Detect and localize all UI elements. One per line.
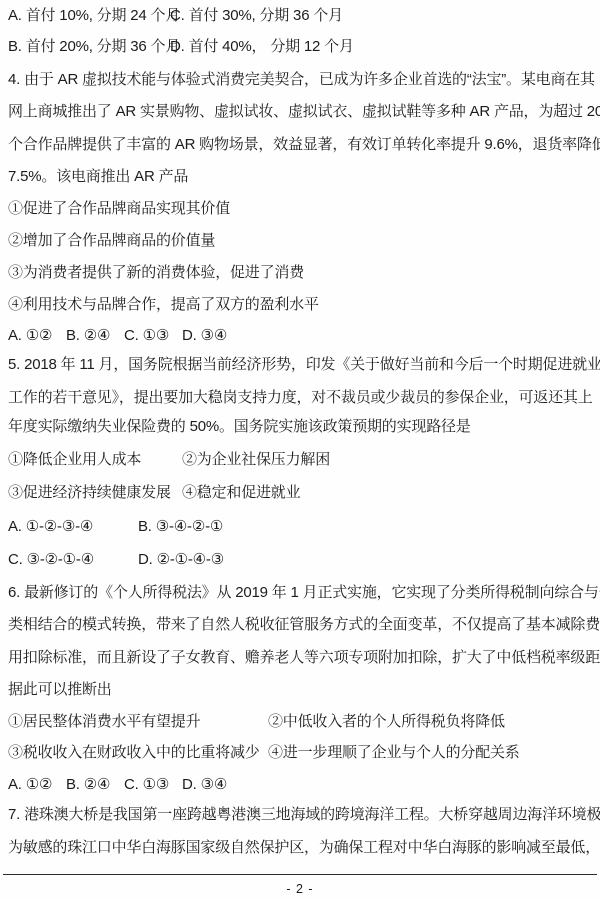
q6-statement-2: ②中低收入者的个人所得税负将降低 (268, 706, 505, 738)
q4-statement-2: ②增加了合作品牌商品的价值量 (8, 225, 598, 257)
q4-stem-line-1: 4. 由于 AR 虚拟技术能与体验式消费完美契合，已成为许多企业首选的“法宝”。… (8, 64, 598, 96)
q5-choice-b: B. ③-④-②-① (138, 511, 223, 543)
q6-statements-row1: ①居民整体消费水平有望提升 ②中低收入者的个人所得税负将降低 (8, 706, 598, 738)
q5-statements-row2: ③促进经济持续健康发展 ④稳定和促进就业 (8, 477, 598, 509)
q5-statements-row1: ①降低企业用人成本 ②为企业社保压力解困 (8, 444, 598, 476)
q4-choice-b: B. ②④ (66, 320, 110, 352)
q3-option-c: C. 首付 30%, 分期 36 个月 (170, 0, 343, 32)
q5-choices-row2: C. ③-②-①-④ D. ②-①-④-③ (8, 544, 598, 576)
q5-stem-line-1: 5. 2018 年 11 月，国务院根据当前经济形势，印发《关于做好当前和今后一… (8, 349, 598, 381)
q4-stem-line-4: 7.5%。该电商推出 AR 产品 (8, 161, 598, 193)
q3-option-a: A. 首付 10%, 分期 24 个月 (8, 0, 180, 32)
q4-choice-c: C. ①③ (124, 320, 169, 352)
q5-choice-a: A. ①-②-③-④ (8, 511, 93, 543)
q6-choice-b: B. ②④ (66, 769, 110, 801)
q6-stem-line-2: 类相结合的模式转换，带来了自然人税收征管服务方式的全面变革，不仅提高了基本减除费 (8, 609, 598, 641)
exam-page: A. 首付 10%, 分期 24 个月 C. 首付 30%, 分期 36 个月 … (0, 0, 600, 900)
q6-choice-a: A. ①② (8, 769, 52, 801)
q5-stem-line-3: 年度实际缴纳失业保险费的 50%。国务院实施该政策预期的实现路径是 (8, 411, 598, 443)
q6-choice-c: C. ①③ (124, 769, 169, 801)
q3-option-b: B. 首付 20%, 分期 36 个月 (8, 31, 180, 63)
q6-stem-line-4: 据此可以推断出 (8, 674, 598, 706)
q3-options-row1: A. 首付 10%, 分期 24 个月 C. 首付 30%, 分期 36 个月 (8, 0, 598, 32)
q4-statement-4: ④利用技术与品牌合作，提高了双方的盈利水平 (8, 289, 598, 321)
q4-stem-line-2: 网上商城推出了 AR 实景购物、虚拟试妆、虚拟试衣、虚拟试鞋等多种 AR 产品，… (8, 96, 598, 128)
q6-statement-1: ①居民整体消费水平有望提升 (8, 706, 200, 738)
q6-stem-line-3: 用扣除标准，而且新设了子女教育、赡养老人等六项专项附加扣除，扩大了中低档税率级距… (8, 642, 598, 674)
q5-stem-line-2: 工作的若干意见》，提出要加大稳岗支持力度，对不裁员或少裁员的参保企业，可返还其上 (8, 382, 598, 414)
q5-statement-3: ③促进经济持续健康发展 (8, 477, 171, 509)
q7-stem-line-1: 7. 港珠澳大桥是我国第一座跨越粤港澳三地海域的跨境海洋工程。大桥穿越周边海洋环… (8, 799, 598, 831)
q4-statement-1: ①促进了合作品牌商品实现其价值 (8, 193, 598, 225)
q4-statement-3: ③为消费者提供了新的消费体验，促进了消费 (8, 257, 598, 289)
q3-options-row2: B. 首付 20%, 分期 36 个月 D. 首付 40%， 分期 12 个月 (8, 31, 598, 63)
q3-option-d: D. 首付 40%， 分期 12 个月 (170, 31, 354, 63)
q6-choice-d: D. ③④ (182, 769, 227, 801)
q6-statement-4: ④进一步理顺了企业与个人的分配关系 (268, 737, 520, 769)
q4-stem-line-3: 个合作品牌提供了丰富的 AR 购物场景，效益显著，有效订单转化率提升 9.6%，… (8, 129, 598, 161)
q5-statement-2: ②为企业社保压力解困 (182, 444, 330, 476)
q4-choices-row: A. ①② B. ②④ C. ①③ D. ③④ (8, 320, 598, 352)
q5-statement-4: ④稳定和促进就业 (182, 477, 300, 509)
footer-divider (3, 874, 597, 875)
q5-choice-c: C. ③-②-①-④ (8, 544, 94, 576)
q5-choice-d: D. ②-①-④-③ (138, 544, 224, 576)
q6-choices-row: A. ①② B. ②④ C. ①③ D. ③④ (8, 769, 598, 801)
q5-statement-1: ①降低企业用人成本 (8, 444, 141, 476)
q4-choice-d: D. ③④ (182, 320, 227, 352)
q6-statement-3: ③税收收入在财政收入中的比重将减少 (8, 737, 260, 769)
q4-choice-a: A. ①② (8, 320, 52, 352)
q7-stem-line-2: 为敏感的珠江口中华白海豚国家级自然保护区，为确保工程对中华白海豚的影响减至最低， (8, 832, 598, 864)
page-number: - 2 - (0, 877, 600, 900)
q6-statements-row2: ③税收收入在财政收入中的比重将减少 ④进一步理顺了企业与个人的分配关系 (8, 737, 598, 769)
q6-stem-line-1: 6. 最新修订的《个人所得税法》从 2019 年 1 月正式实施，它实现了分类所… (8, 577, 598, 609)
q5-choices-row1: A. ①-②-③-④ B. ③-④-②-① (8, 511, 598, 543)
